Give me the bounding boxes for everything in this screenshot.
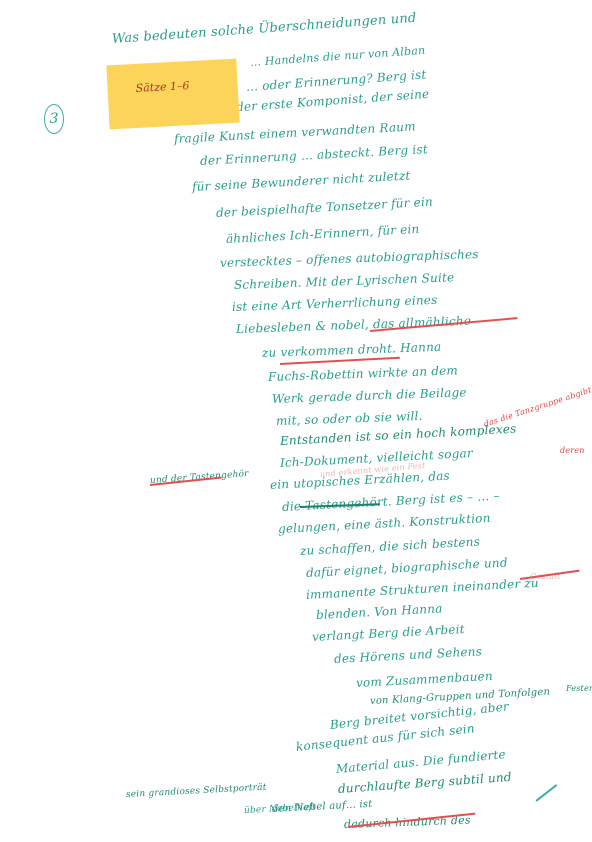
margin-note-bottom-mid: über Nebelhaft: [244, 802, 317, 816]
line-6: der Erinnerung … absteckt. Berg ist: [200, 142, 428, 168]
line-24: dafür eignet, biographische und: [306, 555, 508, 580]
line-26: blenden. Von Hanna: [316, 601, 443, 622]
line-11: Schreiben. Mit der Lyrischen Suite: [234, 270, 455, 292]
line-1: Was bedeuten solche Überschneidungen und: [111, 11, 416, 47]
line-17: mit, so oder ob sie will.: [276, 409, 423, 428]
line-14: zu verkommen droht. Hanna: [262, 340, 442, 360]
line-23: zu schaffen, die sich bestens: [300, 535, 481, 558]
line-16: Werk gerade durch die Beilage: [272, 385, 467, 406]
line-21: die Tastengehört. Berg ist es – … –: [282, 489, 500, 514]
line-10: verstecktes – offenes autobiographisches: [220, 247, 479, 270]
slash-mark: [536, 784, 557, 801]
line-2: … Handelns die nur von Alban: [250, 44, 426, 69]
line-29: vom Zusammenbauen: [356, 669, 494, 690]
margin-note-festen: Festen: [566, 684, 592, 693]
margin-note-red-insert: das die Tanzgruppe abgibt: [483, 385, 592, 428]
line-28: des Hörens und Sehens: [334, 644, 483, 666]
line-25: immanente Strukturen ineinander zu: [306, 576, 539, 602]
sticky-note-label: Sätze 1–6: [135, 79, 189, 95]
line-15: Fuchs-Robettin wirkte an dem: [268, 363, 458, 384]
margin-note-bottom-left: sein grandioses Selbstporträt: [126, 783, 267, 800]
line-9: ähnliches Ich-Erinnern, für ein: [226, 222, 420, 246]
sticky-note: Sätze 1–6: [106, 59, 239, 130]
line-8: der beispielhafte Tonsetzer für ein: [216, 195, 434, 220]
page-number-circle: 3: [44, 104, 64, 134]
manuscript-page: 3 Was bedeuten solche Überschneidungen u…: [0, 0, 592, 842]
line-34: durchlaufte Berg subtil und: [338, 770, 513, 796]
line-7: für seine Bewunderer nicht zuletzt: [192, 169, 411, 194]
margin-note-red-deren: deren: [560, 446, 585, 455]
page-number: 3: [50, 111, 59, 127]
line-12: ist eine Art Verherrlichung eines: [232, 293, 438, 314]
line-22: gelungen, eine ästh. Konstruktion: [278, 511, 491, 536]
line-27: verlangt Berg die Arbeit: [312, 622, 465, 644]
